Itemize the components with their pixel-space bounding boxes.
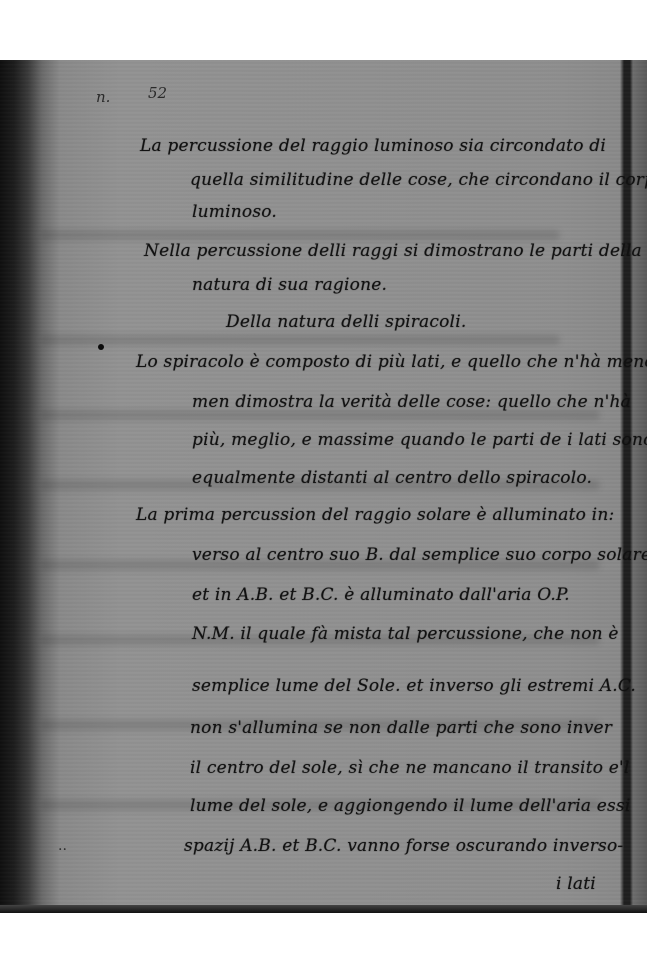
ink-bleed-through (40, 230, 560, 240)
text-line-3: luminoso. (192, 202, 277, 222)
section-heading: Della natura delli spiracoli. (226, 312, 466, 332)
text-line-16: non s'allumina se non dalle parti che so… (190, 718, 612, 738)
text-line-5: natura di sua ragione. (192, 275, 387, 295)
text-line-13: et in A.B. et B.C. è alluminato dall'ari… (192, 585, 570, 605)
ink-blot (98, 344, 104, 350)
text-line-2: quella similitudine delle cose, che circ… (190, 170, 647, 190)
text-line-12: verso al centro suo B. dal semplice suo … (192, 545, 647, 565)
text-line-19: spazij A.B. et B.C. vanno forse oscurand… (184, 836, 623, 856)
margin-mark: .. (58, 838, 67, 854)
text-line-8: men dimostra la verità delle cose: quell… (192, 392, 631, 412)
ink-bleed-through (40, 335, 560, 345)
text-line-11: La prima percussion del raggio solare è … (136, 505, 614, 525)
text-line-14: N.M. il quale fà mista tal percussione, … (192, 624, 619, 644)
text-line-4: Nella percussione delli raggi si dimostr… (144, 241, 642, 261)
text-line-17: il centro del sole, sì che ne mancano il… (190, 758, 630, 778)
text-line-15: semplice lume del Sole. et inverso gli e… (192, 676, 636, 696)
text-line-7: Lo spiracolo è composto di più lati, e q… (136, 352, 647, 372)
page-bottom-edge (0, 905, 647, 913)
text-line-9: più, meglio, e massime quando le parti d… (192, 430, 647, 450)
text-line-10: equalmente distanti al centro dello spir… (192, 468, 592, 488)
folio-mark: n. (96, 88, 110, 106)
text-line-18: lume del sole, e aggiongendo il lume del… (190, 796, 631, 816)
text-line-20: i lati (556, 874, 596, 894)
text-line-1: La percussione del raggio luminoso sia c… (140, 136, 606, 156)
folio-number: 52 (148, 84, 167, 102)
